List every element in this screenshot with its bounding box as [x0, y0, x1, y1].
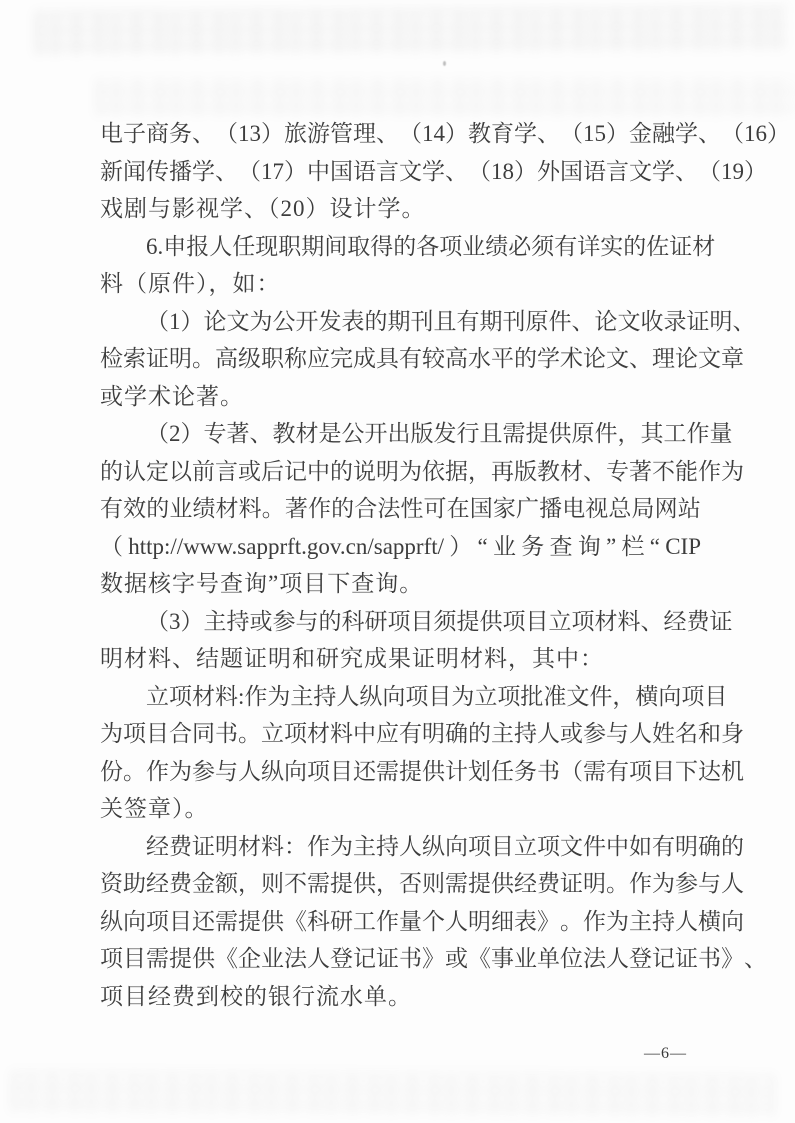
text-line: 关签章）。	[100, 790, 701, 828]
scan-bleed-bottom-band	[10, 1070, 775, 1116]
scan-bleed-top-band	[34, 5, 787, 54]
text-line: 资助经费金额，则不需提供，否则需提供经费证明。作为参与人	[100, 865, 701, 903]
text-line: 有效的业绩材料。著作的合法性可在国家广播电视总局网站	[100, 490, 701, 528]
text-line: （http://www.sapprft.gov.cn/sapprft/）“业务查…	[100, 528, 701, 566]
text-line: （1）论文为公开发表的期刊且有期刊原件、论文收录证明、	[100, 303, 701, 341]
text-line: 经费证明材料：作为主持人纵向项目立项文件中如有明确的	[100, 828, 701, 866]
text-line: 新闻传播学、（17）中国语言文学、（18）外国语言文学、（19）	[100, 153, 701, 191]
text-line: 项目需提供《企业法人登记证书》或《事业单位法人登记证书》、	[100, 940, 701, 978]
text-line: 电子商务、（13）旅游管理、（14）教育学、（15）金融学、（16）	[100, 115, 701, 153]
text-line: 检索证明。高级职称应完成具有较高水平的学术论文、理论文章	[100, 340, 701, 378]
text-line: 明材料、结题证明和研究成果证明材料，其中：	[100, 640, 701, 678]
text-line: 项目经费到校的银行流水单。	[100, 978, 701, 1016]
scan-speck	[443, 61, 446, 66]
scanned-document-page: 电子商务、（13）旅游管理、（14）教育学、（15）金融学、（16）新闻传播学、…	[0, 0, 795, 1123]
text-line: （3）主持或参与的科研项目须提供项目立项材料、经费证	[100, 603, 701, 641]
text-line: 数据核字号查询”项目下查询。	[100, 565, 701, 603]
document-body: 电子商务、（13）旅游管理、（14）教育学、（15）金融学、（16）新闻传播学、…	[100, 115, 701, 1015]
text-line: 立项材料:作为主持人纵向项目为立项批准文件，横向项目	[100, 678, 701, 716]
text-line: 的认定以前言或后记中的说明为依据，再版教材、专著不能作为	[100, 453, 701, 491]
text-line: （2）专著、教材是公开出版发行且需提供原件，其工作量	[100, 415, 701, 453]
text-line: 料（原件），如：	[100, 265, 701, 303]
text-line: 为项目合同书。立项材料中应有明确的主持人或参与人姓名和身	[100, 715, 701, 753]
scan-bleed-second-band	[95, 78, 795, 116]
text-line: 份。作为参与人纵向项目还需提供计划任务书（需有项目下达机	[100, 753, 701, 791]
text-line: 纵向项目还需提供《科研工作量个人明细表》。作为主持人横向	[100, 903, 701, 941]
text-line: 戏剧与影视学、（20）设计学。	[100, 190, 701, 228]
page-number: —6—	[644, 1044, 687, 1064]
text-line: 6.申报人任现职期间取得的各项业绩必须有详实的佐证材	[100, 228, 701, 266]
text-line: 或学术论著。	[100, 378, 701, 416]
